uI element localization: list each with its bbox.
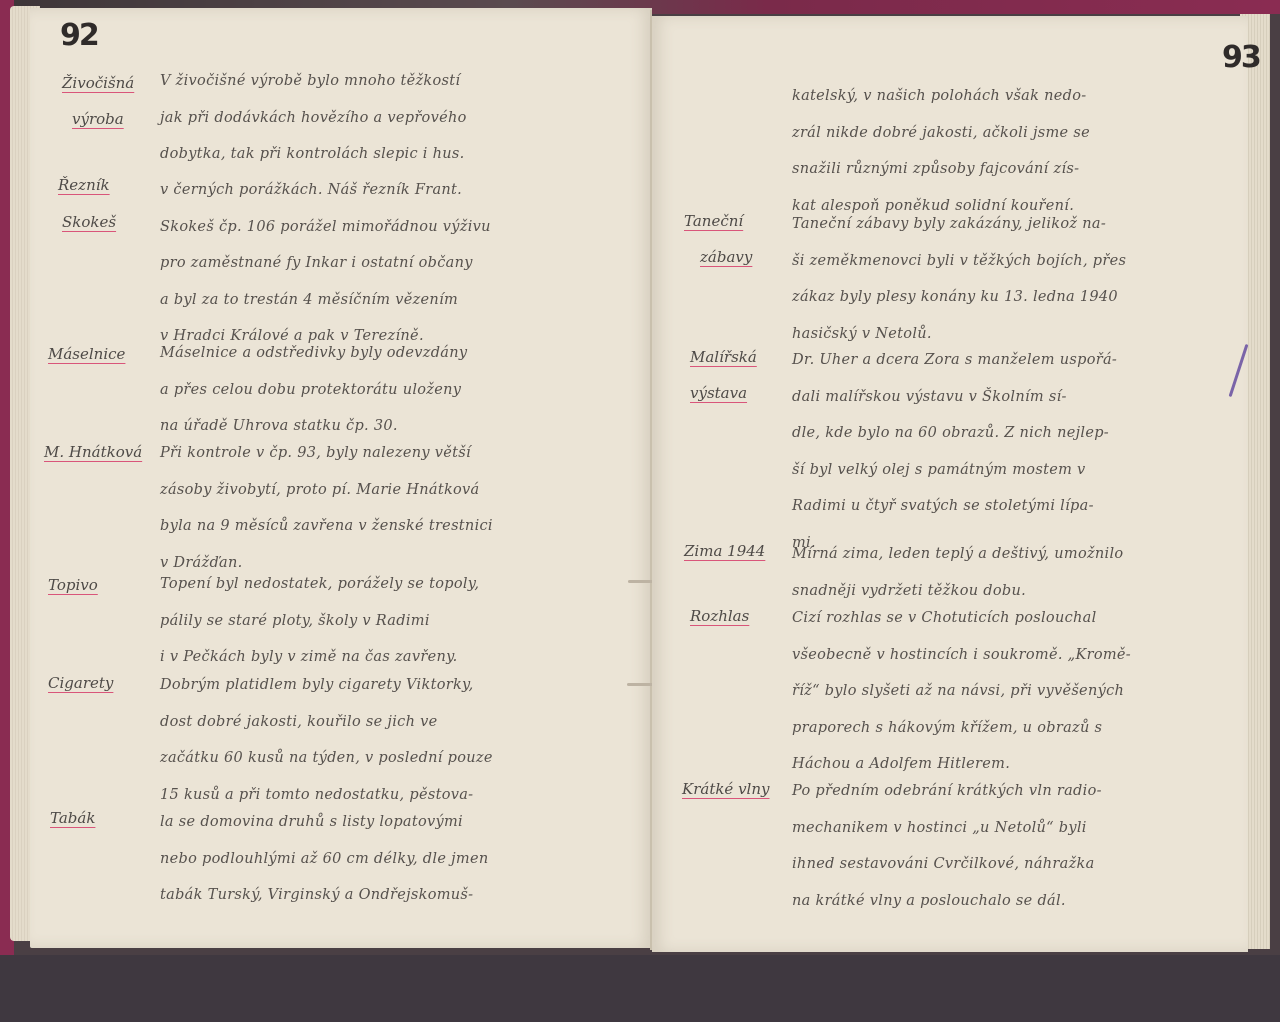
text-line: la se domovina druhů s listy lopatovými [160,804,488,841]
margin-label: Skokeš [62,213,116,231]
text-line: Při kontrole v čp. 93, byly nalezeny vět… [160,435,493,472]
text-line: ší byl velký olej s památným mostem v [792,452,1117,489]
margin-label: Rozhlas [690,607,749,625]
text-line: zákaz byly plesy konány ku 13. ledna 194… [792,279,1126,316]
text-line: Máselnice a odstředivky byly odevzdány [160,335,467,372]
margin-label: Tabák [50,809,95,827]
page-number: 92 [60,18,98,53]
text-line: dobytka, tak při kontrolách slepic i hus… [160,136,467,173]
text-line: snažili různými způsoby fajcování zís- [792,151,1090,188]
text-line: začátku 60 kusů na týden, v poslední pou… [160,740,493,777]
margin-label: výstava [690,384,747,402]
text-line: jak při dodávkách hovězího a vepřového [160,100,467,137]
text-line: zásoby živobytí, proto pí. Marie Hnátkov… [160,472,493,509]
text-line: praporech s hákovým křížem, u obrazů s [792,710,1131,747]
text-line: mechanikem v hostinci „u Netolů“ byli [792,810,1102,847]
text-line: Skokeš čp. 106 porážel mimořádnou výživu [160,209,491,246]
text-line: dali malířskou výstavu v Školním sí- [792,379,1117,416]
margin-label: výroba [72,110,124,128]
text-line: ihned sestavováni Cvrčilkové, náhražka [792,846,1102,883]
left-page: 92 Živočišná výroba V živočišné výrobě b… [30,8,652,948]
margin-label: zábavy [700,248,752,266]
text-line: říž“ bylo slyšeti až na návsi, při vyvěš… [792,673,1131,710]
text-line: zrál nikde dobré jakosti, ačkoli jsme se [792,115,1090,152]
text-line: všeobecně v hostincích i soukromě. „Krom… [792,637,1131,674]
text-line: pro zaměstnané fy Inkar i ostatní občany [160,245,491,282]
text-line: ši zeměkmenovci byli v těžkých bojích, p… [792,243,1126,280]
margin-label: Topivo [48,576,98,594]
text-line: Po předním odebrání krátkých vln radio- [792,773,1102,810]
text-line: na krátké vlny a poslouchalo se dál. [792,883,1102,920]
margin-label: M. Hnátková [44,443,142,461]
text-line: Taneční zábavy byly zakázány, jelikož na… [792,206,1126,243]
text-line: Radimi u čtyř svatých se stoletými lípa- [792,488,1117,525]
text-line: a byl za to trestán 4 měsíčním vězením [160,282,491,319]
margin-label: Řezník [58,176,110,194]
text-line: Dobrým platidlem byly cigarety Viktorky, [160,667,493,704]
text-line: byla na 9 měsíců zavřena v ženské trestn… [160,508,493,545]
margin-label: Taneční [684,212,743,230]
text-line: Dr. Uher a dcera Zora s manželem uspořá- [792,342,1117,379]
margin-label: Zima 1944 [684,542,765,560]
text-line: dost dobré jakosti, kouřilo se jich ve [160,704,493,741]
text-line: a přes celou dobu protektorátu uloženy [160,372,467,409]
text-line: pálily se staré ploty, školy v Radimi [160,603,479,640]
text-line: Mírná zima, leden teplý a deštivý, umožn… [792,536,1123,573]
margin-label: Živočišná [62,74,134,92]
margin-label: Cigarety [48,674,113,692]
text-line: Topení byl nedostatek, porážely se topol… [160,566,479,603]
margin-label: Krátké vlny [682,780,770,798]
page-number: 93 [1222,40,1260,75]
text-line: nebo podlouhlými až 60 cm délky, dle jme… [160,841,488,878]
text-line: katelský, v našich polohách však nedo- [792,78,1090,115]
text-line: Cizí rozhlas se v Chotuticích poslouchal [792,600,1131,637]
margin-label: Máselnice [48,345,125,363]
text-line: v černých porážkách. Náš řezník Frant. [160,172,491,209]
text-line: tabák Turský, Virginský a Ondřejskomuš- [160,877,488,914]
margin-label: Malířská [690,348,757,366]
right-page: 93 katelský, v našich polohách však nedo… [652,16,1248,952]
text-line: dle, kde bylo na 60 obrazů. Z nich nejle… [792,415,1117,452]
text-line: V živočišné výrobě bylo mnoho těžkostí [160,63,467,100]
book-cover-bottom [0,955,1280,1022]
